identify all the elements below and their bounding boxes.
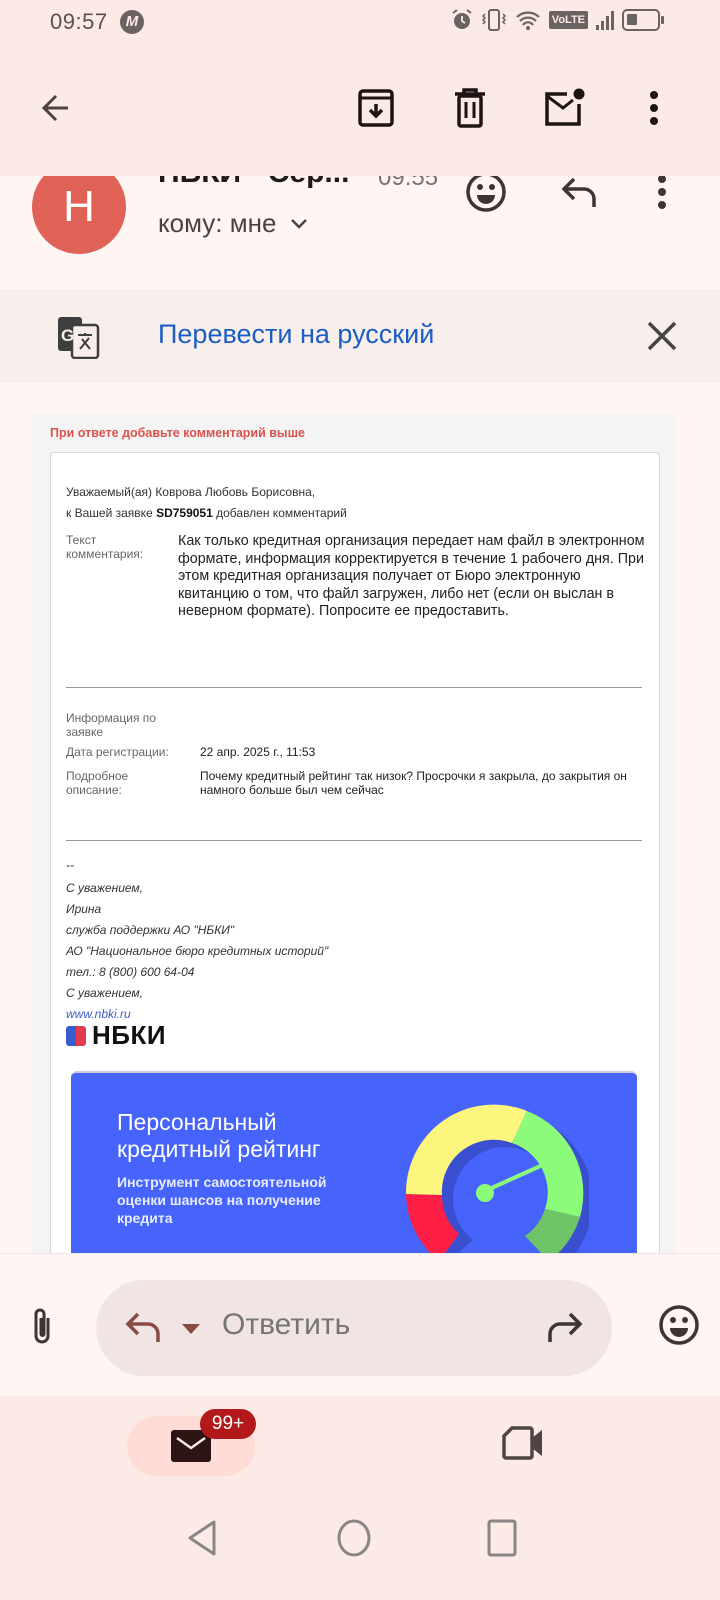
- reply-input[interactable]: [222, 1308, 522, 1342]
- delete-icon: [452, 88, 488, 128]
- sender-header: Н НБКИ - Сер... 09:55 кому: мне: [0, 176, 720, 288]
- info-label: Информация по заявке: [66, 711, 186, 739]
- signature-phone[interactable]: тел.: 8 (800) 600 64-04: [66, 965, 194, 979]
- emoji-icon[interactable]: [658, 1304, 700, 1346]
- forward-icon[interactable]: [544, 1310, 584, 1344]
- recipient-toggle[interactable]: кому: мне: [158, 208, 308, 239]
- reply-mode-dropdown-icon[interactable]: [182, 1324, 200, 1334]
- divider: [66, 840, 642, 841]
- status-icons: VoLTE: [451, 8, 660, 32]
- meet-video-icon[interactable]: [502, 1426, 544, 1460]
- more-vert-icon: [656, 174, 668, 210]
- request-id: SD759051: [156, 506, 213, 520]
- reply-bar: [0, 1253, 720, 1396]
- email-card: Уважаемый(ая) Коврова Любовь Борисовна, …: [50, 452, 660, 1254]
- nbki-logo-mark-icon: [66, 1026, 86, 1046]
- nbki-logo: НБКИ: [66, 1020, 166, 1051]
- signature-name: Ирина: [66, 902, 101, 916]
- wifi-icon: [515, 9, 541, 31]
- comment-label: Текст комментария:: [66, 533, 166, 561]
- date-label: Дата регистрации:: [66, 745, 169, 759]
- credit-rating-banner[interactable]: Персональный кредитный рейтинг Инструмен…: [71, 1071, 637, 1254]
- greeting: Уважаемый(ая) Коврова Любовь Борисовна,: [66, 485, 315, 499]
- attach-icon[interactable]: [28, 1306, 58, 1348]
- description-value: Почему кредитный рейтинг так низок? Прос…: [200, 769, 650, 797]
- system-nav: [0, 1508, 720, 1568]
- reply-pill[interactable]: [96, 1280, 612, 1376]
- signature-dept: служба поддержки АО "НБКИ": [66, 923, 234, 937]
- status-time: 09:57: [50, 9, 108, 35]
- emoji-icon: [465, 171, 507, 213]
- signature-regards-2: С уважением,: [66, 986, 143, 1000]
- more-vert-icon: [648, 90, 660, 126]
- translate-icon: G: [58, 317, 100, 359]
- signal-icon: [596, 10, 614, 30]
- chevron-down-icon: [290, 218, 308, 230]
- signature-dashes: --: [66, 858, 74, 872]
- reply-hint: При ответе добавьте комментарий выше: [50, 426, 305, 440]
- top-toolbar: [0, 46, 720, 176]
- back-triangle-icon[interactable]: [186, 1518, 218, 1558]
- banner-title: Персональный кредитный рейтинг: [117, 1109, 377, 1163]
- carrier-badge-icon: M: [120, 10, 144, 34]
- volte-icon: VoLTE: [549, 11, 588, 29]
- comment-text: Как только кредитная организация передае…: [178, 533, 648, 621]
- bottom-nav: 99+: [0, 1396, 720, 1600]
- website-link[interactable]: www.nbki.ru: [66, 1007, 131, 1021]
- translate-bar: G Перевести на русский: [0, 289, 720, 383]
- recipient-label: кому: мне: [158, 208, 276, 239]
- home-circle-icon[interactable]: [336, 1518, 372, 1558]
- description-label: Подробное описание:: [66, 769, 186, 797]
- reply-icon: [560, 175, 600, 209]
- recents-square-icon[interactable]: [486, 1518, 518, 1558]
- svg-text:G: G: [61, 326, 74, 345]
- delete-button[interactable]: [446, 84, 494, 132]
- email-body: При ответе добавьте комментарий выше Ува…: [32, 414, 675, 1254]
- divider: [66, 687, 642, 688]
- translate-link[interactable]: Перевести на русский: [158, 319, 434, 350]
- back-button[interactable]: [30, 84, 78, 132]
- status-bar: 09:57 M VoLTE: [0, 0, 720, 46]
- archive-button[interactable]: [352, 84, 400, 132]
- nbki-logo-text: НБКИ: [92, 1020, 166, 1051]
- date-value: 22 апр. 2025 г., 11:53: [200, 745, 315, 759]
- reply-icon[interactable]: [124, 1310, 164, 1344]
- gauge-icon: [399, 1091, 589, 1254]
- more-options-button[interactable]: [630, 84, 678, 132]
- unread-badge: 99+: [200, 1409, 256, 1439]
- request-line: к Вашей заявке SD759051 добавлен коммент…: [66, 506, 347, 520]
- battery-icon: [622, 9, 660, 31]
- nav-mail-tab[interactable]: 99+: [127, 1416, 255, 1476]
- request-prefix: к Вашей заявке: [66, 506, 153, 520]
- alarm-icon: [451, 8, 473, 32]
- signature-org: АО "Национальное бюро кредитных историй": [66, 944, 328, 958]
- close-icon[interactable]: [642, 316, 682, 356]
- request-suffix: добавлен комментарий: [216, 506, 347, 520]
- back-arrow-icon: [36, 90, 72, 126]
- archive-icon: [357, 88, 395, 128]
- signature-regards: С уважением,: [66, 881, 143, 895]
- mark-unread-icon: [543, 88, 585, 128]
- banner-subtitle: Инструмент самостоятельной оценки шансов…: [117, 1173, 347, 1227]
- mark-unread-button[interactable]: [540, 84, 588, 132]
- vibrate-icon: [481, 8, 507, 32]
